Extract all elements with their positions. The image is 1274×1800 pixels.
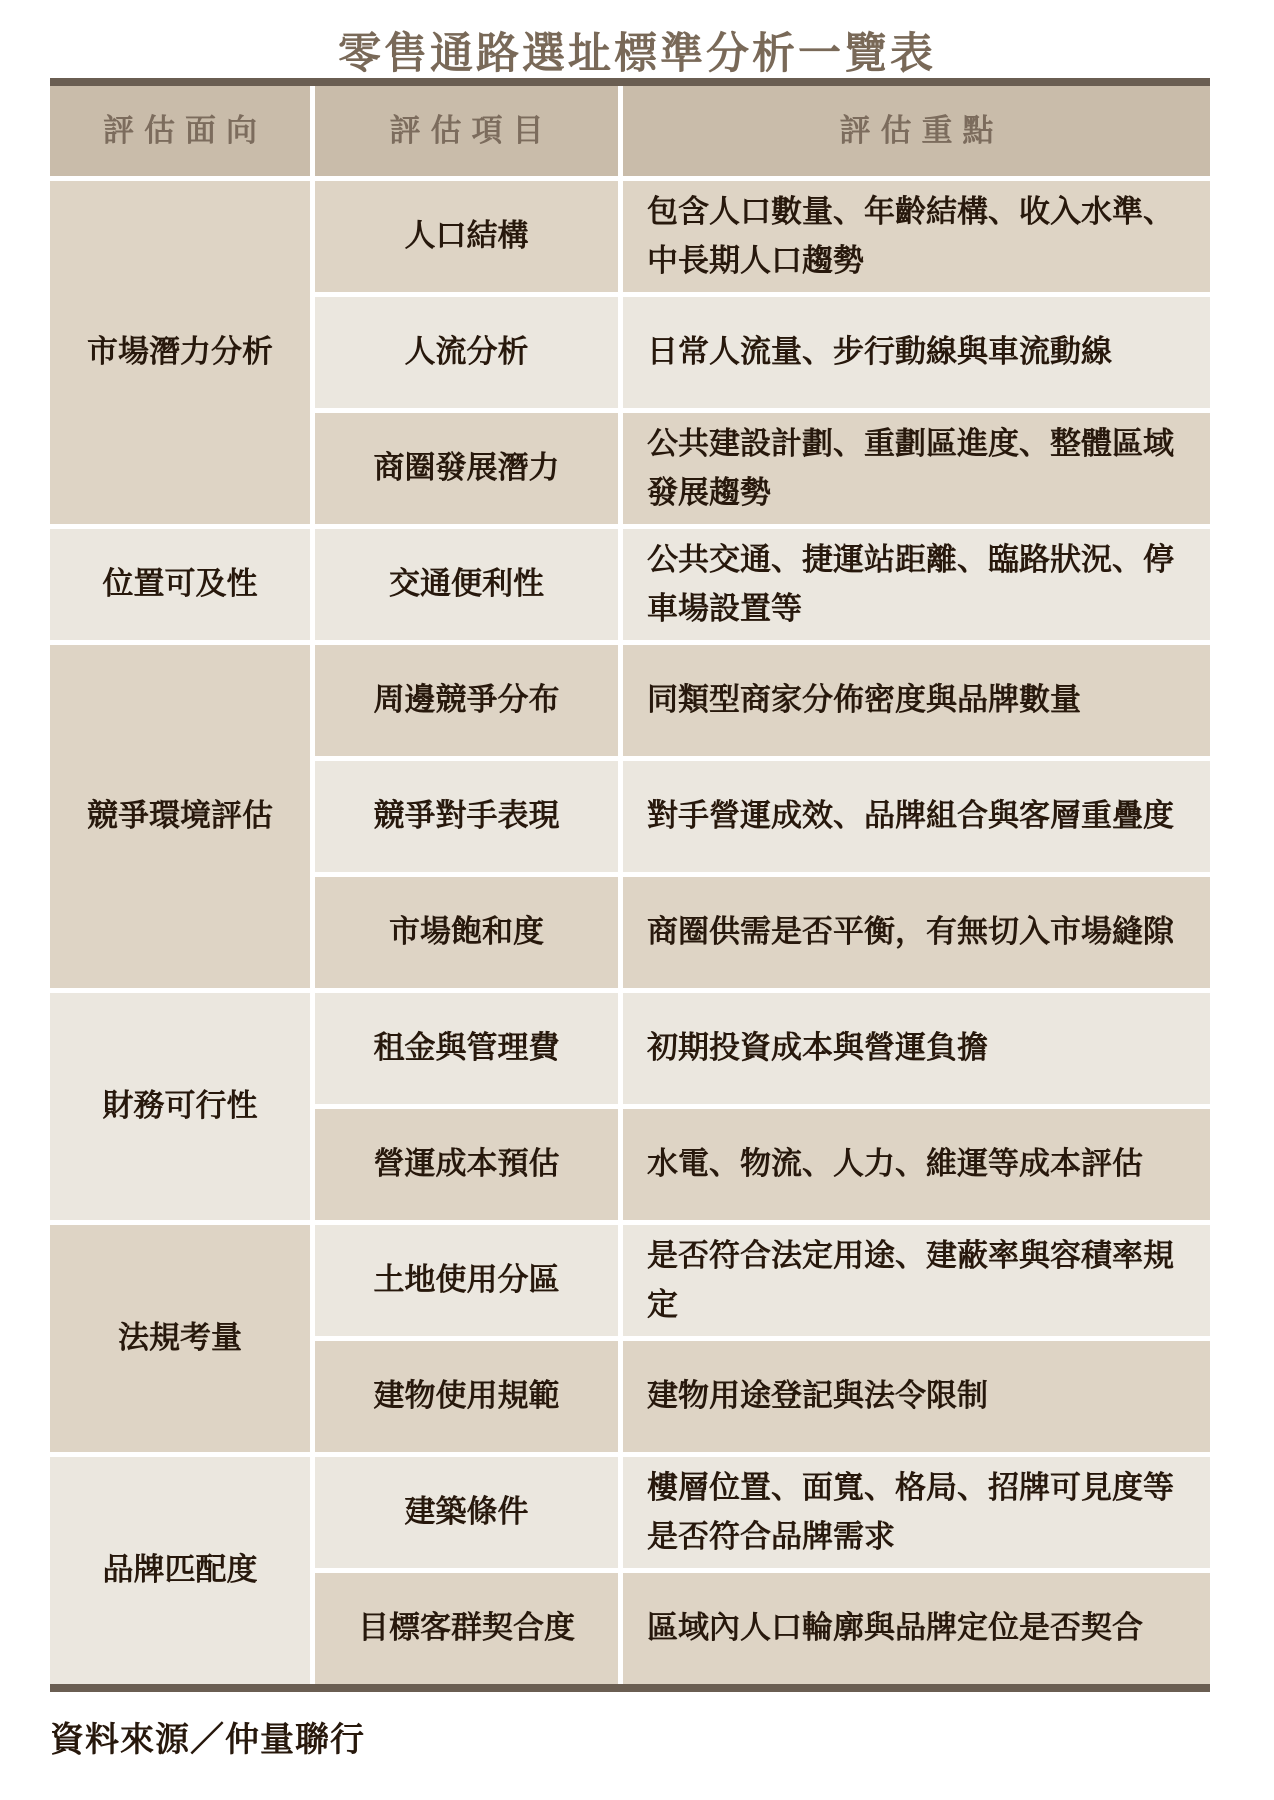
- item-cell-market-saturation: 市場飽和度: [315, 877, 618, 988]
- group-cell-financial-feasibility: 財務可行性: [50, 993, 310, 1220]
- item-cell-foot-traffic: 人流分析: [315, 297, 618, 408]
- column-header-item: 評估項目: [315, 86, 618, 176]
- item-cell-target-customer-fit: 目標客群契合度: [315, 1573, 618, 1684]
- group-cell-market-potential: 市場潛力分析: [50, 181, 310, 524]
- item-cell-building-use-rules: 建物使用規範: [315, 1341, 618, 1452]
- table-bottom-border: [50, 1684, 1210, 1692]
- item-cell-rent-management-fee: 租金與管理費: [315, 993, 618, 1104]
- item-cell-land-use-zoning: 土地使用分區: [315, 1225, 618, 1336]
- item-cell-operating-cost-estimate: 營運成本預估: [315, 1109, 618, 1220]
- table-grid: 評估面向 評估項目 評估重點 市場潛力分析 人口結構 包含人口數量、年齡結構、收…: [50, 86, 1210, 1684]
- table-top-border: [50, 78, 1210, 86]
- detail-cell-transport-convenience: 公共交通、捷運站距離、臨路狀況、停車場設置等: [623, 529, 1210, 640]
- item-cell-district-development: 商圈發展潛力: [315, 413, 618, 524]
- data-source-note: 資料來源／仲量聯行: [50, 1712, 365, 1761]
- group-cell-accessibility: 位置可及性: [50, 529, 310, 640]
- detail-cell-foot-traffic: 日常人流量、步行動線與車流動線: [623, 297, 1210, 408]
- page: 零售通路選址標準分析一覽表 評估面向 評估項目 評估重點 市場潛力分析 人口結構…: [0, 0, 1274, 1800]
- column-header-dimension: 評估面向: [50, 86, 310, 176]
- detail-cell-rent-management-fee: 初期投資成本與營運負擔: [623, 993, 1210, 1104]
- detail-cell-competitor-performance: 對手營運成效、品牌組合與客層重疊度: [623, 761, 1210, 872]
- detail-cell-operating-cost-estimate: 水電、物流、人力、維運等成本評估: [623, 1109, 1210, 1220]
- detail-cell-district-development: 公共建設計劃、重劃區進度、整體區域發展趨勢: [623, 413, 1210, 524]
- detail-cell-market-saturation: 商圈供需是否平衡，有無切入市場縫隙: [623, 877, 1210, 988]
- page-title: 零售通路選址標準分析一覽表: [0, 20, 1274, 81]
- detail-cell-land-use-zoning: 是否符合法定用途、建蔽率與容積率規定: [623, 1225, 1210, 1336]
- detail-cell-building-conditions: 樓層位置、面寬、格局、招牌可見度等是否符合品牌需求: [623, 1457, 1210, 1568]
- detail-cell-population-structure: 包含人口數量、年齡結構、收入水準、中長期人口趨勢: [623, 181, 1210, 292]
- detail-cell-competitor-distribution: 同類型商家分佈密度與品牌數量: [623, 645, 1210, 756]
- site-selection-table: 評估面向 評估項目 評估重點 市場潛力分析 人口結構 包含人口數量、年齡結構、收…: [50, 78, 1210, 1692]
- column-header-focus: 評估重點: [623, 86, 1210, 176]
- group-cell-brand-fit: 品牌匹配度: [50, 1457, 310, 1684]
- item-cell-population-structure: 人口結構: [315, 181, 618, 292]
- group-cell-competitive-environment: 競爭環境評估: [50, 645, 310, 988]
- group-cell-regulatory-considerations: 法規考量: [50, 1225, 310, 1452]
- detail-cell-building-use-rules: 建物用途登記與法令限制: [623, 1341, 1210, 1452]
- item-cell-competitor-performance: 競爭對手表現: [315, 761, 618, 872]
- detail-cell-target-customer-fit: 區域內人口輪廓與品牌定位是否契合: [623, 1573, 1210, 1684]
- item-cell-transport-convenience: 交通便利性: [315, 529, 618, 640]
- item-cell-building-conditions: 建築條件: [315, 1457, 618, 1568]
- item-cell-competitor-distribution: 周邊競爭分布: [315, 645, 618, 756]
